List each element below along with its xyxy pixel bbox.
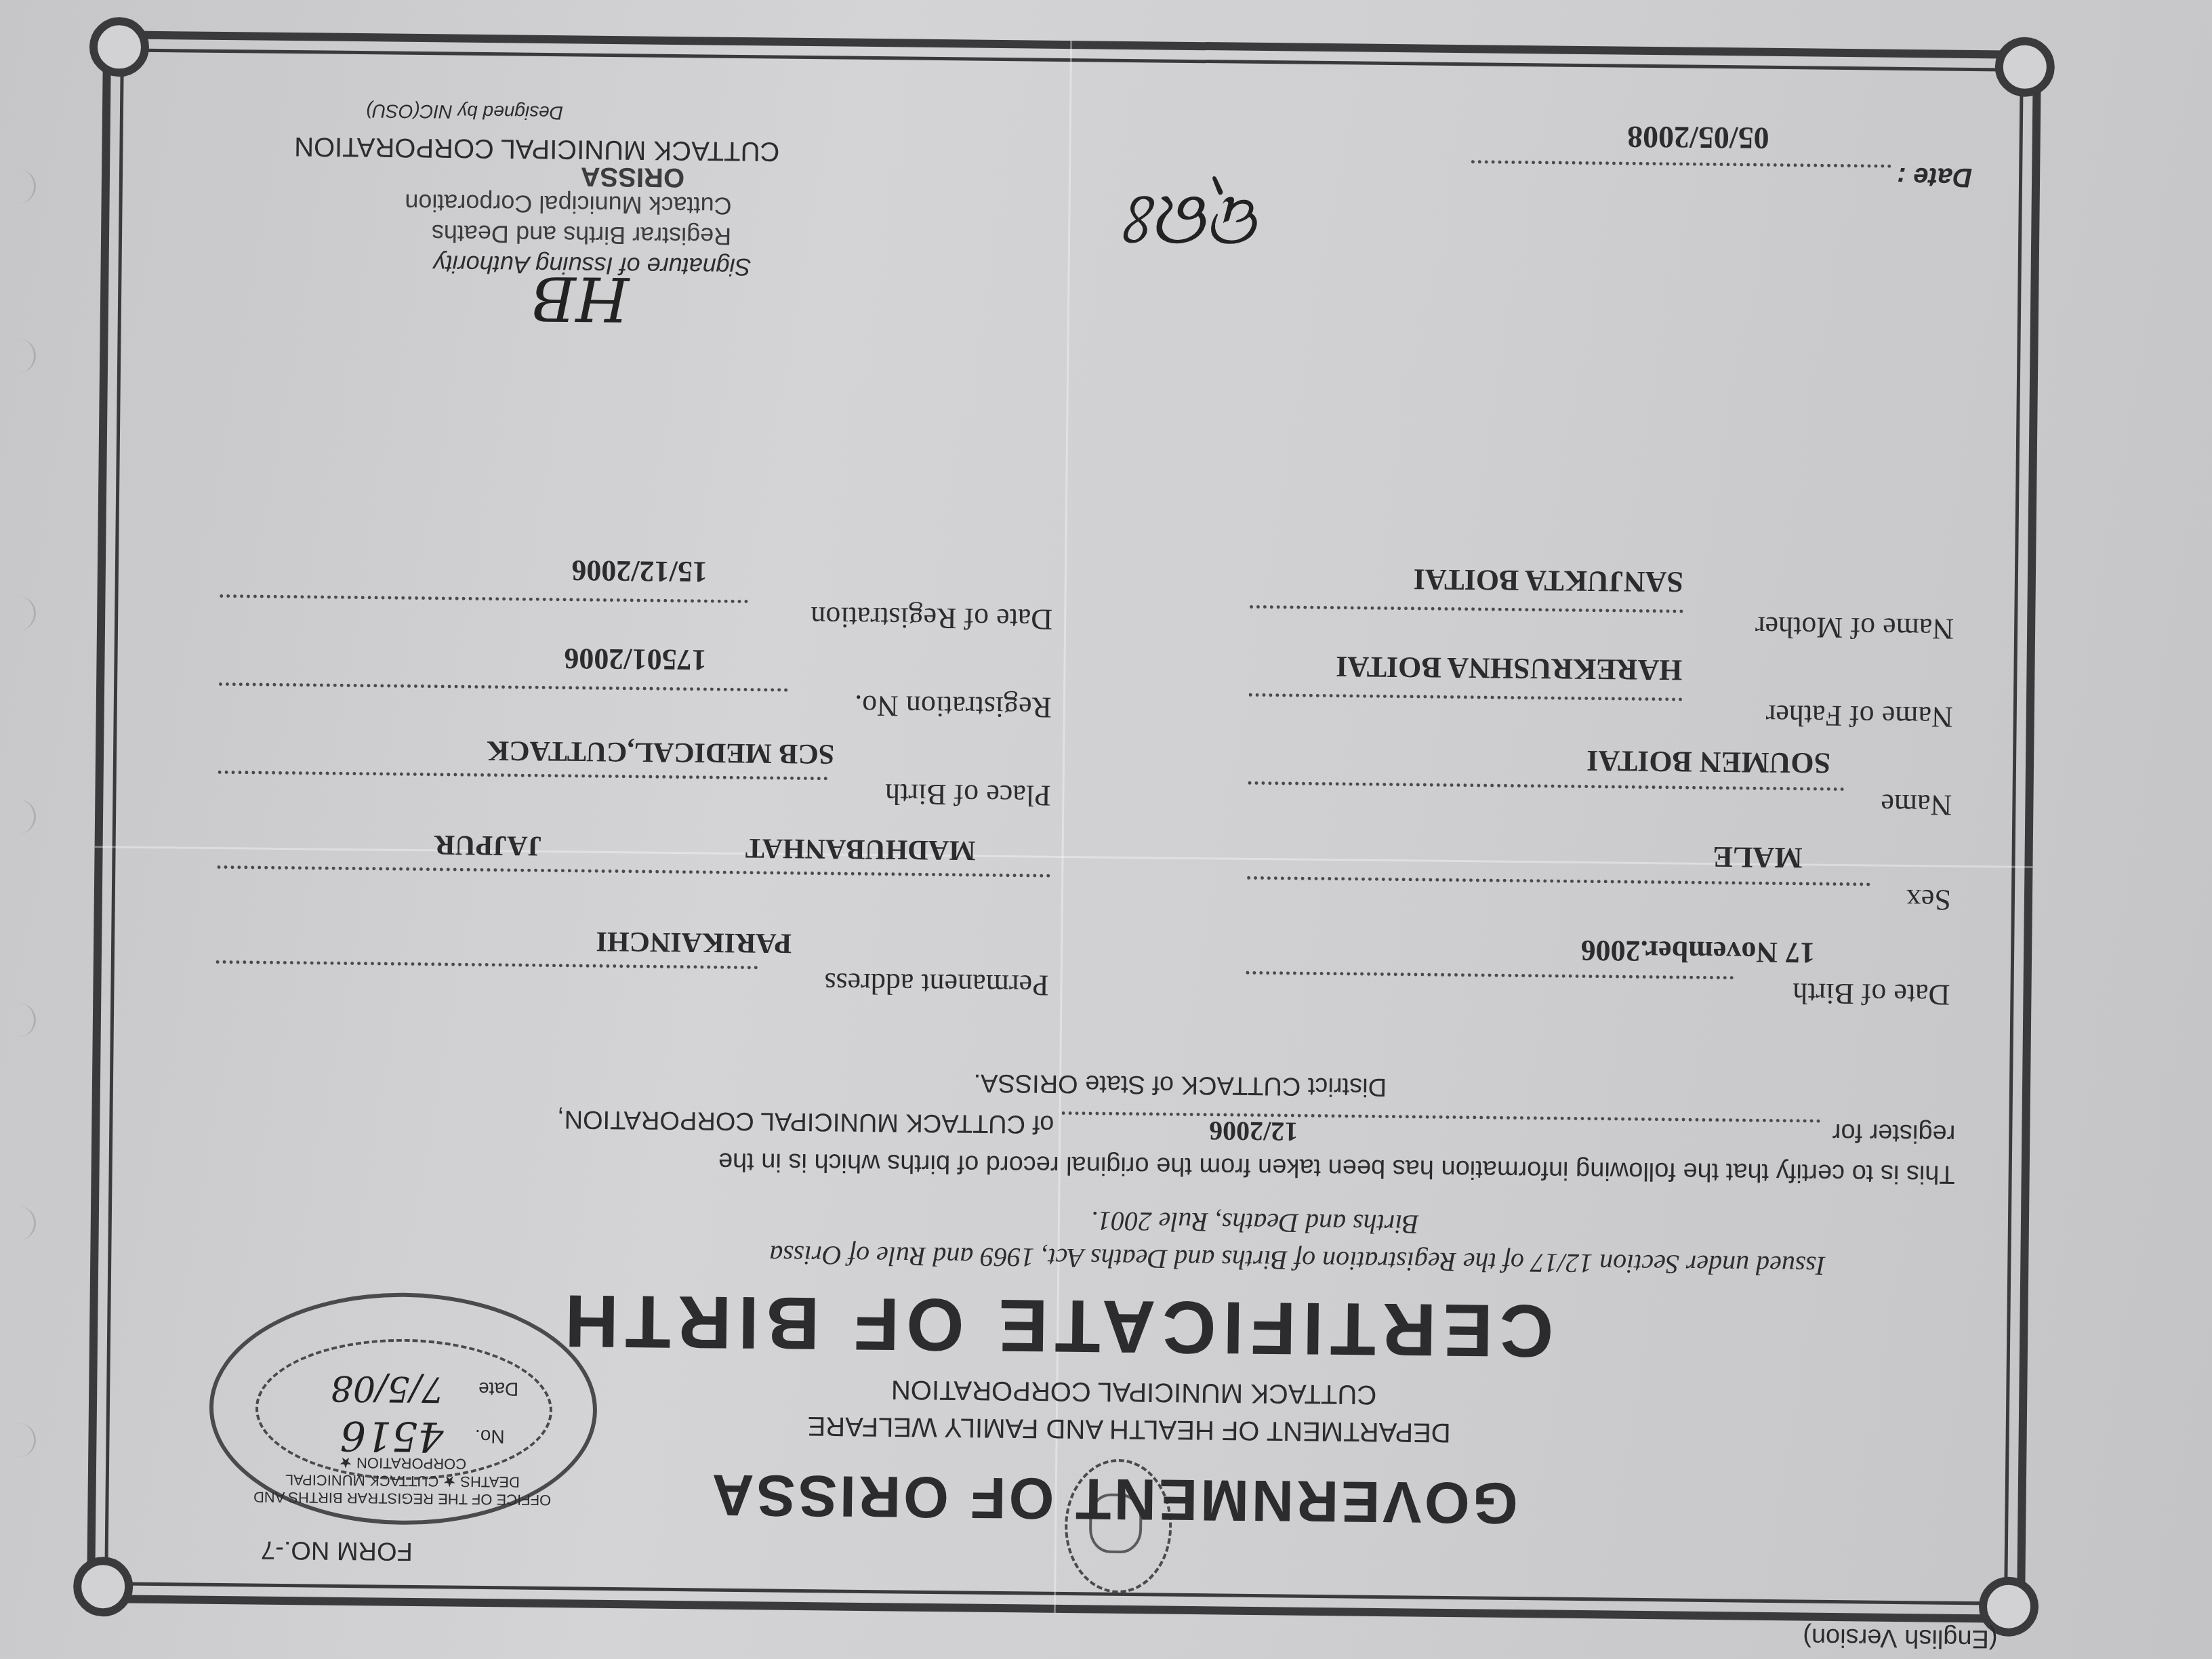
stamp-no-value: 4516 — [340, 1412, 443, 1460]
handwritten-note: ଦ୍ରଃ — [1130, 177, 1267, 266]
address-line-1: PARIKAINCHI — [596, 925, 792, 960]
mother-name-value: SANJUKTA BOITAI — [1413, 562, 1683, 599]
name-label: Name — [1881, 787, 1952, 823]
stamp-outer-text: OFFICE OF THE REGISTRAR BIRTHS AND DEATH… — [239, 1452, 565, 1509]
father-name-label: Name of Father — [1765, 698, 1953, 735]
stamp-date-value: 7/5/08 — [331, 1368, 445, 1410]
register-for-value: 12/2006 — [1209, 1115, 1298, 1147]
certificate-title: CERTIFICATE OF BIRTH — [558, 1277, 1554, 1374]
place-of-birth-value: SCB MEDICAL,CUTTACK — [487, 734, 834, 770]
perforation-hole — [14, 596, 36, 630]
issued-under-text-2: Births and Deaths, Rule 2001. — [1090, 1205, 1419, 1240]
perforation-hole — [14, 1003, 36, 1037]
sex-value: MALE — [1713, 840, 1803, 875]
perforation-hole — [14, 1206, 36, 1240]
permanent-address-label: Permanent address — [824, 966, 1049, 1002]
stamp-no-label: No. — [475, 1425, 505, 1447]
seal-line-1: Registrar Births and Deaths — [432, 219, 732, 251]
sex-label: Sex — [1906, 882, 1952, 918]
designed-by: Designed by NIC(OSU) — [366, 100, 563, 123]
corner-ornament — [89, 17, 150, 77]
birth-certificate: (English Version) FORM NO.-7 GOVERNMENT … — [87, 30, 2041, 1623]
corner-ornament — [1994, 37, 2055, 97]
english-version-label: (English Version) — [1803, 1622, 1998, 1653]
government-heading: GOVERNMENT OF ORISSA — [709, 1461, 1518, 1536]
place-of-birth-label: Place of Birth — [885, 777, 1051, 813]
corporation-heading: CUTTACK MUNICIPAL CORPORATION — [891, 1374, 1377, 1409]
date-label: Date : — [1897, 161, 1973, 192]
corporation-line: of CUTTACK MUNICIPAL CORPORATION, — [557, 1104, 1054, 1139]
registration-no-value: 17501/2006 — [564, 641, 707, 677]
registration-date-value: 15/12/2006 — [571, 553, 708, 589]
corner-ornament — [73, 1557, 134, 1617]
mother-name-label: Name of Mother — [1755, 610, 1954, 647]
perforation-hole — [14, 1423, 36, 1457]
date-value: 05/05/2008 — [1627, 119, 1769, 157]
perforation-hole — [14, 800, 36, 834]
signature-label: Signature of Issuing Authority — [433, 249, 751, 281]
seal-line-2: Cuttack Municipal Corporation — [405, 188, 732, 220]
register-for-label: register for — [1832, 1118, 1955, 1148]
date-of-birth-label: Date of Birth — [1793, 976, 1950, 1012]
date-of-birth-value: 17 November.2006 — [1580, 933, 1815, 970]
perforation-hole — [14, 339, 36, 373]
registration-no-label: Registration No. — [855, 689, 1052, 725]
registration-date-label: Date of Registration — [811, 600, 1052, 637]
name-value: SOUMEN BOITAI — [1586, 743, 1830, 781]
father-name-value: HAREKRUSHNA BOITAI — [1336, 649, 1683, 687]
stamp-date-label: Date — [478, 1378, 518, 1400]
seal-line-3: ORISSA — [580, 161, 684, 192]
form-number: FORM NO.-7 — [261, 1535, 413, 1565]
signature-org: CUTTACK MUNICIPAL CORPORATION — [294, 131, 780, 166]
address-line-2: MADHUBANHAT — [745, 832, 976, 867]
perforation-hole — [14, 169, 36, 203]
district-line: District CUTTACK of State ORISSA. — [973, 1068, 1387, 1101]
address-line-3: JAJPUR — [434, 828, 542, 862]
